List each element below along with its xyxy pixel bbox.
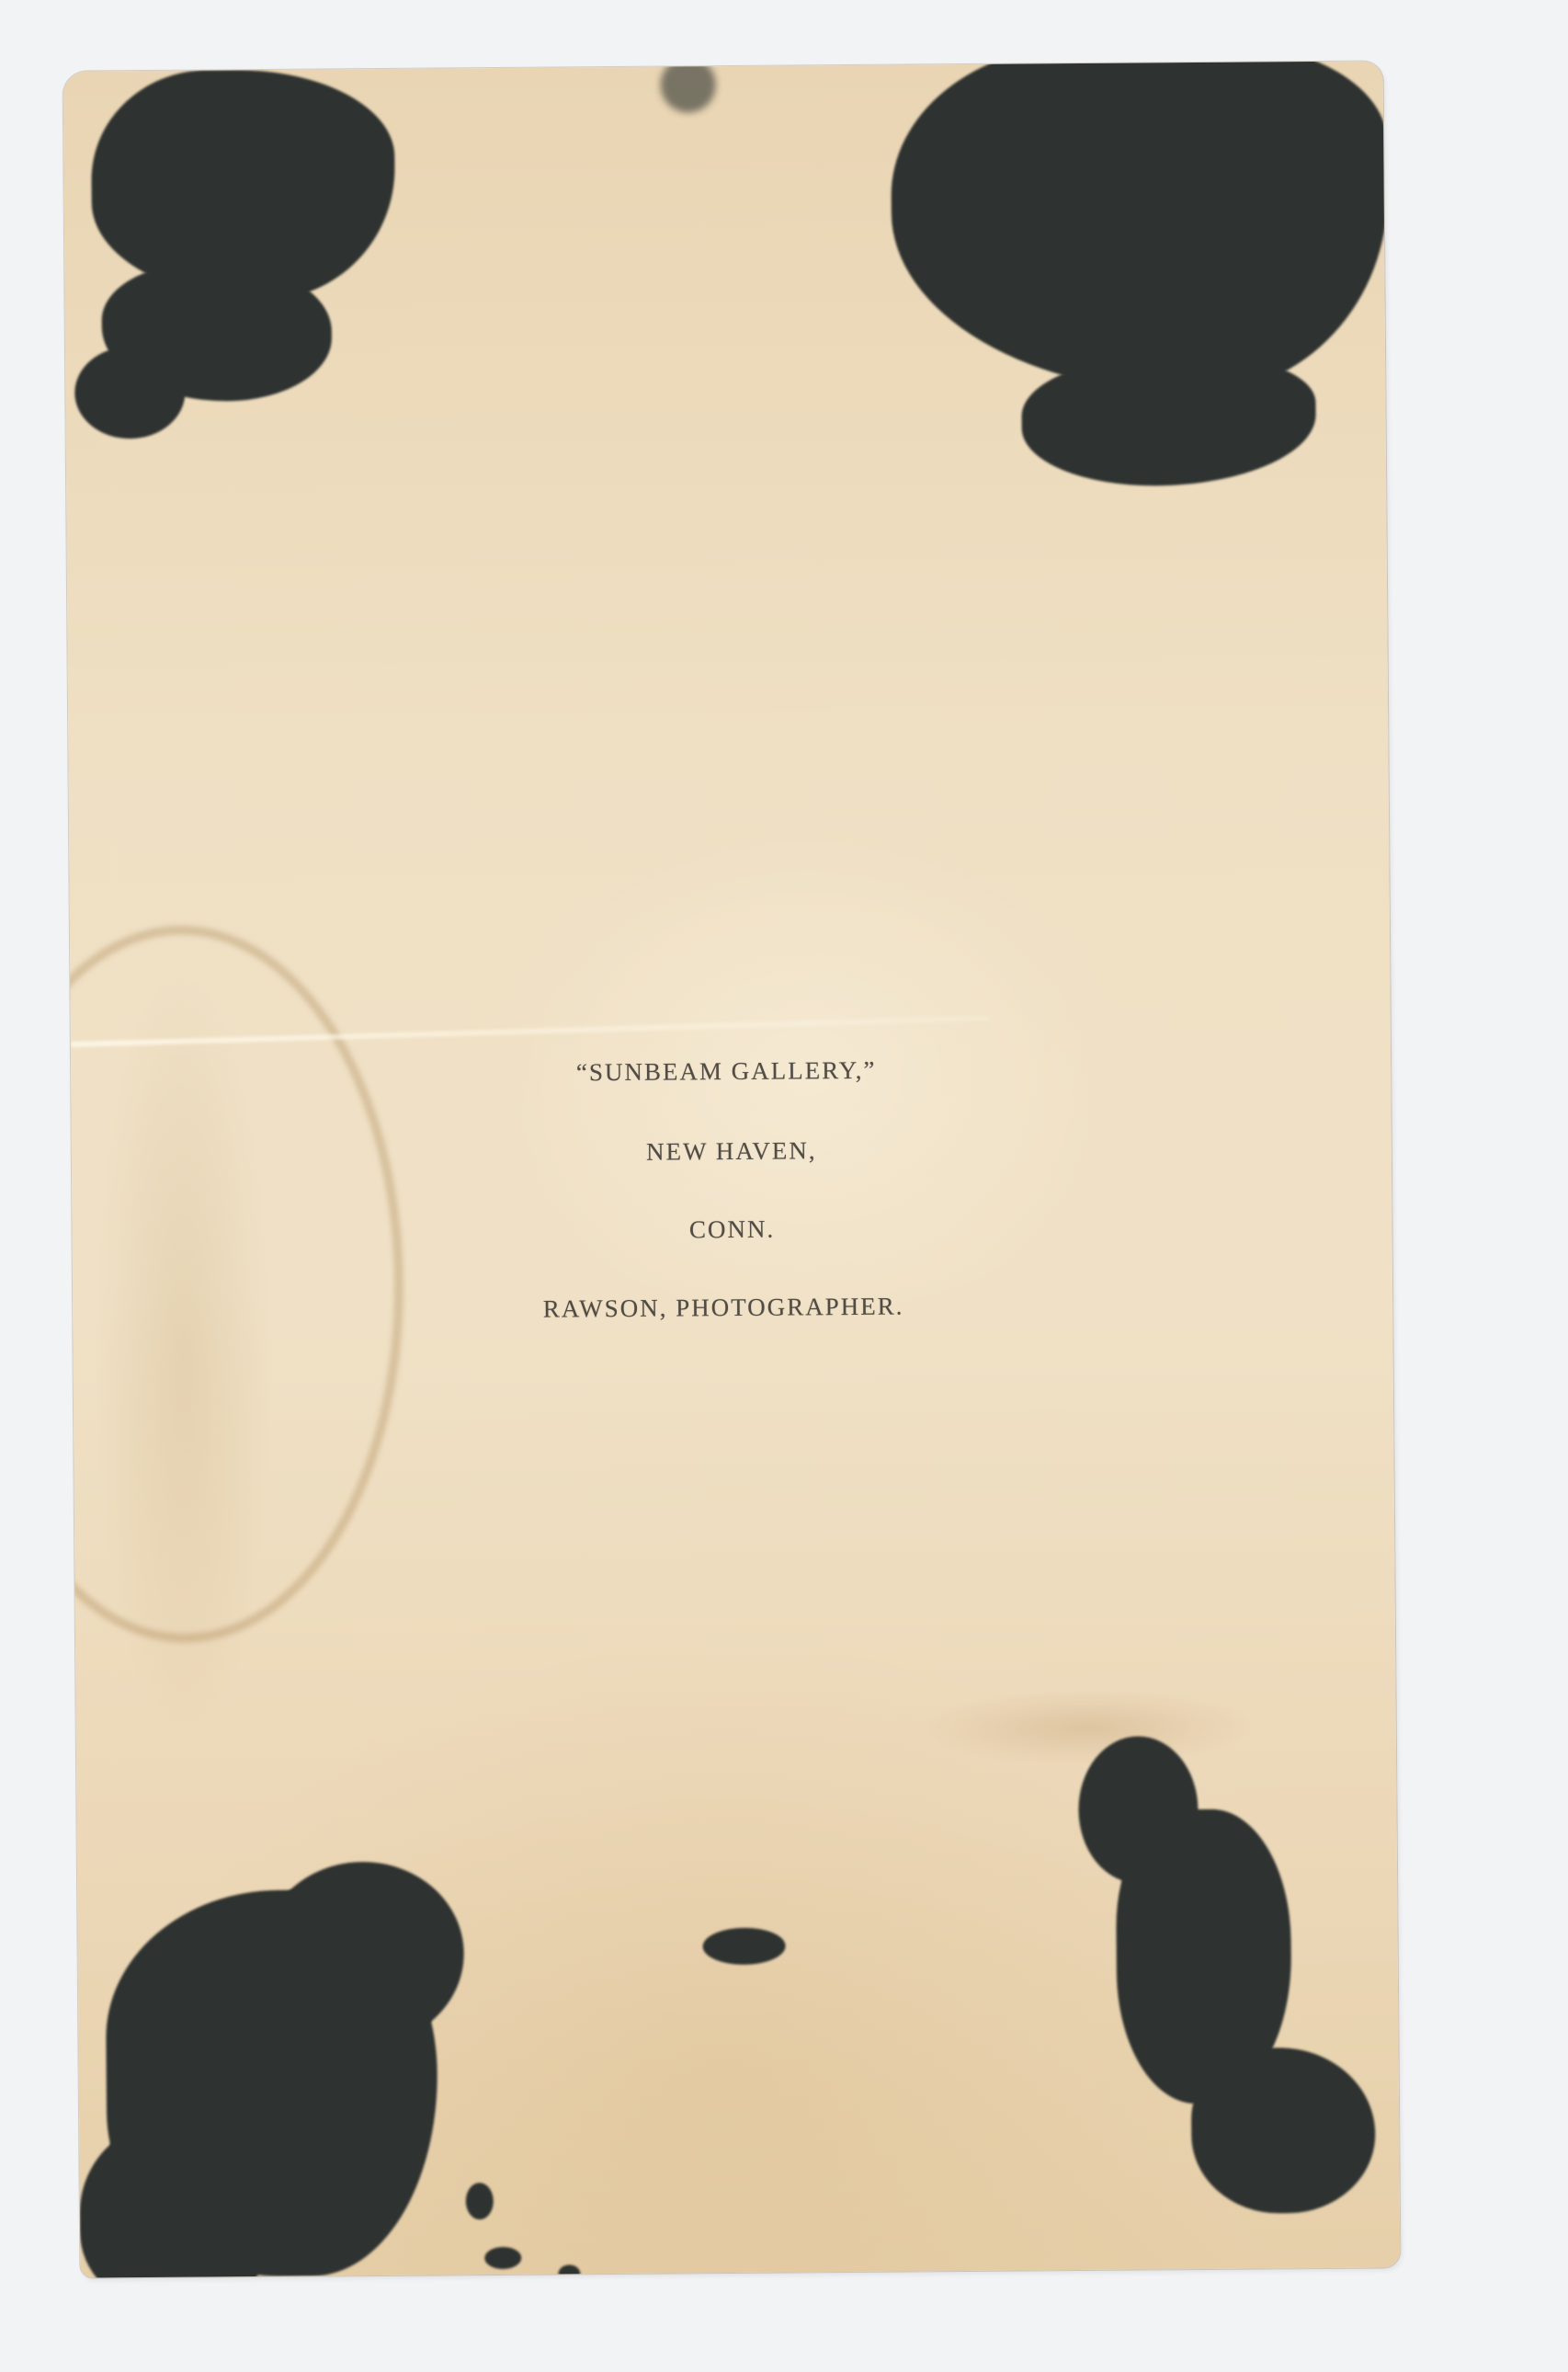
adhesive-remnant-bottom-left xyxy=(79,2120,265,2278)
adhesive-remnant-bottom-left xyxy=(261,1861,465,2047)
photographer-name: RAWSON, PHOTOGRAPHER. xyxy=(63,1290,1393,1325)
adhesive-remnant-top-right xyxy=(1021,356,1316,487)
adhesive-speck xyxy=(466,2183,494,2219)
state: CONN. xyxy=(72,1212,1392,1247)
adhesive-remnant-top-middle xyxy=(660,61,715,112)
adhesive-remnant-bottom-right xyxy=(1191,2047,1376,2215)
photo-card-back: “SUNBEAM GALLERY,” NEW HAVEN, CONN. RAWS… xyxy=(63,61,1401,2277)
photographer-imprint: “SUNBEAM GALLERY,” NEW HAVEN, CONN. RAWS… xyxy=(71,1054,1392,1325)
adhesive-remnant-bottom-center xyxy=(702,1928,785,1966)
city: NEW HAVEN, xyxy=(72,1134,1392,1169)
adhesive-remnant-top-right xyxy=(890,61,1389,395)
adhesive-speck xyxy=(484,2247,521,2269)
